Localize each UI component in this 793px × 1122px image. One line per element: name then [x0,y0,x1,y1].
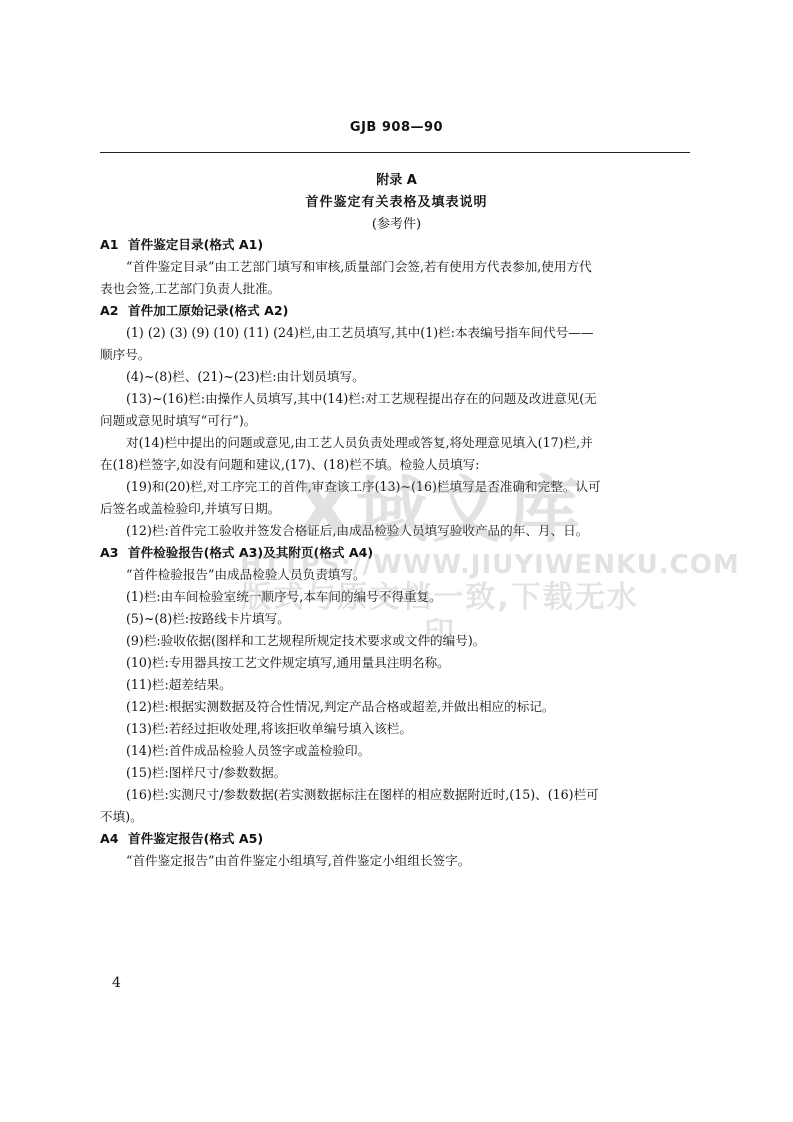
paragraph-line: (1) (2) (3) (9) (10) (11) (24)栏,由工艺员填写,其… [100,322,695,344]
paragraph-line: “首件鉴定目录”由工艺部门填写和审核,质量部门会签,若有使用方代表参加,使用方代 [100,256,695,278]
appendix-title: 首件鉴定有关表格及填表说明 [0,191,793,210]
header-rule [100,152,690,153]
section-heading: A1首件鉴定目录(格式 A1) [100,234,695,256]
section-number: A1 [100,234,128,256]
section-number: A4 [100,828,128,850]
standard-code: GJB 908—90 [0,120,793,135]
paragraph-line: (5)~(8)栏:按路线卡片填写。 [100,608,695,630]
section-heading: A3首件检验报告(格式 A3)及其附页(格式 A4) [100,542,695,564]
section-title: 首件鉴定目录(格式 A1) [128,237,263,252]
paragraph-line: 在(18)栏签字,如没有问题和建议,(17)、(18)栏不填。检验人员填写: [100,454,695,476]
paragraph-line: 不填)。 [100,806,695,828]
paragraph-line: “首件检验报告”由成品检验人员负责填写。 [100,564,695,586]
document-body: A1首件鉴定目录(格式 A1)“首件鉴定目录”由工艺部门填写和审核,质量部门会签… [100,234,695,872]
paragraph-line: (13)栏:若经过拒收处理,将该拒收单编号填入该栏。 [100,718,695,740]
paragraph-line: (16)栏:实测尺寸/参数数据(若实测数据标注在图样的相应数据附近时,(15)、… [100,784,695,806]
page-number: 4 [112,975,121,991]
paragraph-line: (4)~(8)栏、(21)~(23)栏:由计划员填写。 [100,366,695,388]
paragraph-line: (13)~(16)栏:由操作人员填写,其中(14)栏:对工艺规程提出存在的问题及… [100,388,695,410]
paragraph-line: (9)栏:验收依据(图样和工艺规程所规定技术要求或文件的编号)。 [100,630,695,652]
paragraph-line: (1)栏:由车间检验室统一顺序号,本车间的编号不得重复。 [100,586,695,608]
section-heading: A4首件鉴定报告(格式 A5) [100,828,695,850]
section-title: 首件检验报告(格式 A3)及其附页(格式 A4) [128,545,373,560]
paragraph-line: (11)栏:超差结果。 [100,674,695,696]
paragraph-line: (19)和(20)栏,对工序完工的首件,审查该工序(13)~(16)栏填写是否准… [100,476,695,498]
appendix-label: 附录 A [0,169,793,188]
paragraph-line: (15)栏:图样尺寸/参数数据。 [100,762,695,784]
section-heading: A2首件加工原始记录(格式 A2) [100,300,695,322]
paragraph-line: (12)栏:首件完工验收并签发合格证后,由成品检验人员填写验收产品的年、月、日。 [100,520,695,542]
appendix-note: (参考件) [0,213,793,232]
paragraph-line: (10)栏:专用器具按工艺文件规定填写,通用量具注明名称。 [100,652,695,674]
paragraph-line: (14)栏:首件成品检验人员签字或盖检验印。 [100,740,695,762]
section-number: A3 [100,542,128,564]
document-page: GJB 908—90 附录 A 首件鉴定有关表格及填表说明 (参考件) A1首件… [0,0,793,1122]
paragraph-line: (12)栏:根据实测数据及符合性情况,判定产品合格或超差,并做出相应的标记。 [100,696,695,718]
paragraph-line: 问题或意见时填写“可行”)。 [100,410,695,432]
section-title: 首件加工原始记录(格式 A2) [128,303,288,318]
paragraph-line: 顺序号。 [100,344,695,366]
paragraph-line: “首件鉴定报告”由首件鉴定小组填写,首件鉴定小组组长签字。 [100,850,695,872]
section-title: 首件鉴定报告(格式 A5) [128,831,263,846]
paragraph-line: 后签名或盖检验印,并填写日期。 [100,498,695,520]
paragraph-line: 表也会签,工艺部门负责人批准。 [100,278,695,300]
paragraph-line: 对(14)栏中提出的问题或意见,由工艺人员负责处理或答复,将处理意见填入(17)… [100,432,695,454]
section-number: A2 [100,300,128,322]
